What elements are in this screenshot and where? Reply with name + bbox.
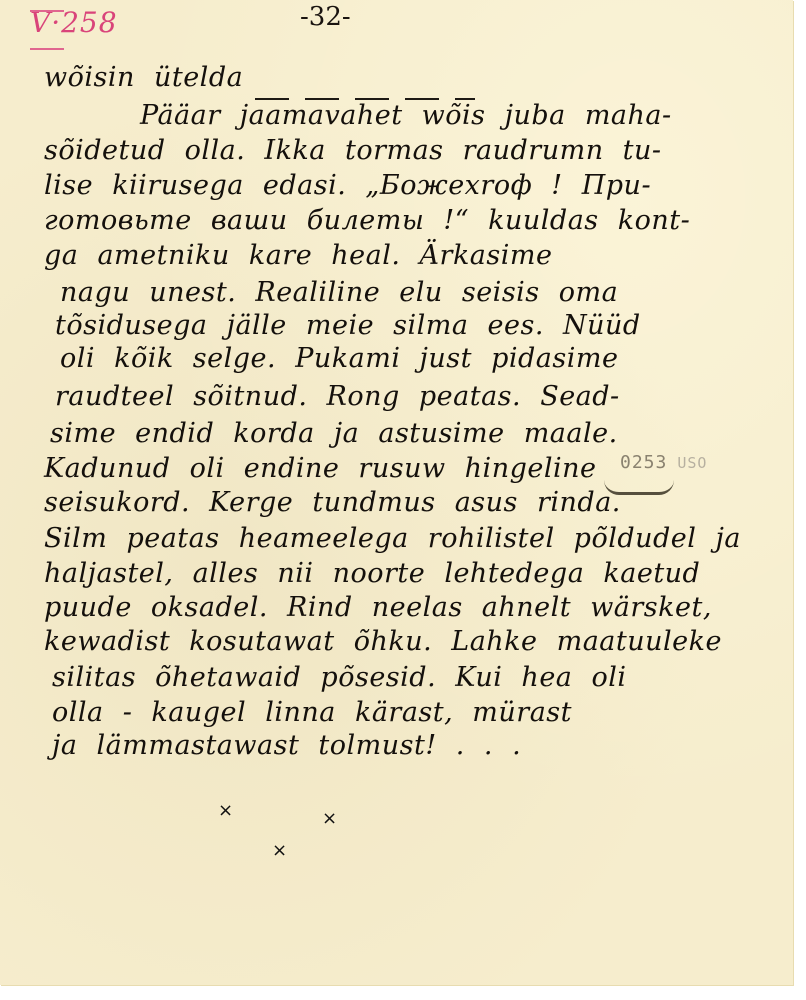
text-line-2: Pääar jaamavahet wõis juba maha- [140, 100, 672, 131]
text-line-11: sime endid korda ja astusime maale. [50, 418, 618, 449]
text-line-6: ga ametniku kare heal. Ärkasime [44, 240, 552, 271]
text-line-1: wõisin ütelda [44, 62, 243, 93]
page-number: -32- [300, 2, 351, 32]
text-line-18: silitas õhetawaid põsesid. Kui hea oli [52, 662, 627, 693]
archive-catalog-mark: V·258 [30, 6, 118, 39]
text-line-19: olla - kaugel linna kärast, mürast [52, 697, 572, 728]
text-line-20: ja lämmastawast tolmust! . . . [52, 730, 521, 761]
text-line-4: lise kiirusega edasi. „Божехrоф ! При- [44, 170, 651, 201]
text-line-3: sõidetud olla. Ikka tormas raudrumn tu- [44, 135, 662, 166]
mark-underline [30, 48, 64, 50]
text-line-9: oli kõik selge. Pukami just pidasime [60, 343, 618, 374]
manuscript-page: V·258 -32- wõisin ütelda Pääar jaamavahe… [0, 0, 793, 985]
text-line-10: raudteel sõitnud. Rong peatas. Sead- [55, 381, 620, 412]
stamp-faded-text: USO [677, 454, 707, 472]
mark-overline [30, 10, 64, 12]
end-mark-cross: × [322, 808, 337, 829]
text-line-8: tõsidusega jälle meie silma ees. Nüüd [55, 310, 641, 341]
text-line-13: seisukord. Kerge tundmus asus rinda. [44, 487, 621, 518]
end-mark-cross: × [272, 840, 287, 861]
stamp-scribble [604, 480, 674, 495]
text-line-15: haljastel, alles nii noorte lehtedega ka… [44, 558, 700, 589]
text-line-12: Kadunud oli endine rusuw hingeline [44, 453, 596, 484]
end-mark-cross: × [218, 800, 233, 821]
text-line-14: Silm peatas heameelega rohilistel põldud… [44, 523, 741, 554]
text-line-5: готовьте ваши билеты !“ kuuldas kont- [44, 205, 690, 236]
text-line-16: puude oksadel. Rind neelas ahnelt wärske… [44, 592, 712, 623]
text-line-7: nagu unest. Realiline elu seisis oma [60, 277, 618, 308]
archive-stamp: 0253USO [620, 452, 707, 473]
stamp-number: 0253 [620, 452, 667, 473]
text-line-17: kewadist kosutawat õhku. Lahke maatuulek… [44, 626, 722, 657]
